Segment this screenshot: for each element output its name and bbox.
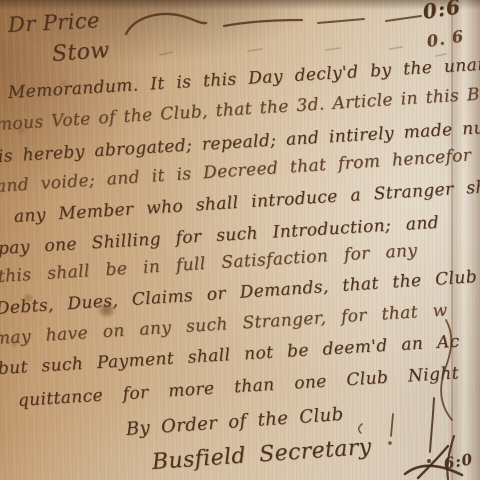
closing-mark (359, 424, 362, 433)
place-name: Stow (51, 38, 110, 67)
debtor-name: Dr Price (7, 8, 100, 37)
faint-mark (160, 52, 172, 55)
header-flourish (126, 14, 206, 34)
faint-mark (436, 54, 446, 56)
exclamation-stroke (430, 398, 434, 452)
faint-mark (326, 48, 340, 50)
manuscript-page: Dr Price 0:6 Stow 0. 6 Memorandum. It is… (0, 0, 480, 480)
closing-mark-dot (388, 441, 392, 445)
ditto-dash-1 (224, 20, 302, 26)
exclamation-dot (427, 459, 431, 463)
ditto-dash-3 (386, 16, 421, 21)
ditto-dash-2 (318, 19, 364, 23)
faint-mark (248, 49, 262, 51)
faint-mark (390, 47, 402, 49)
closing-mark (391, 414, 393, 436)
